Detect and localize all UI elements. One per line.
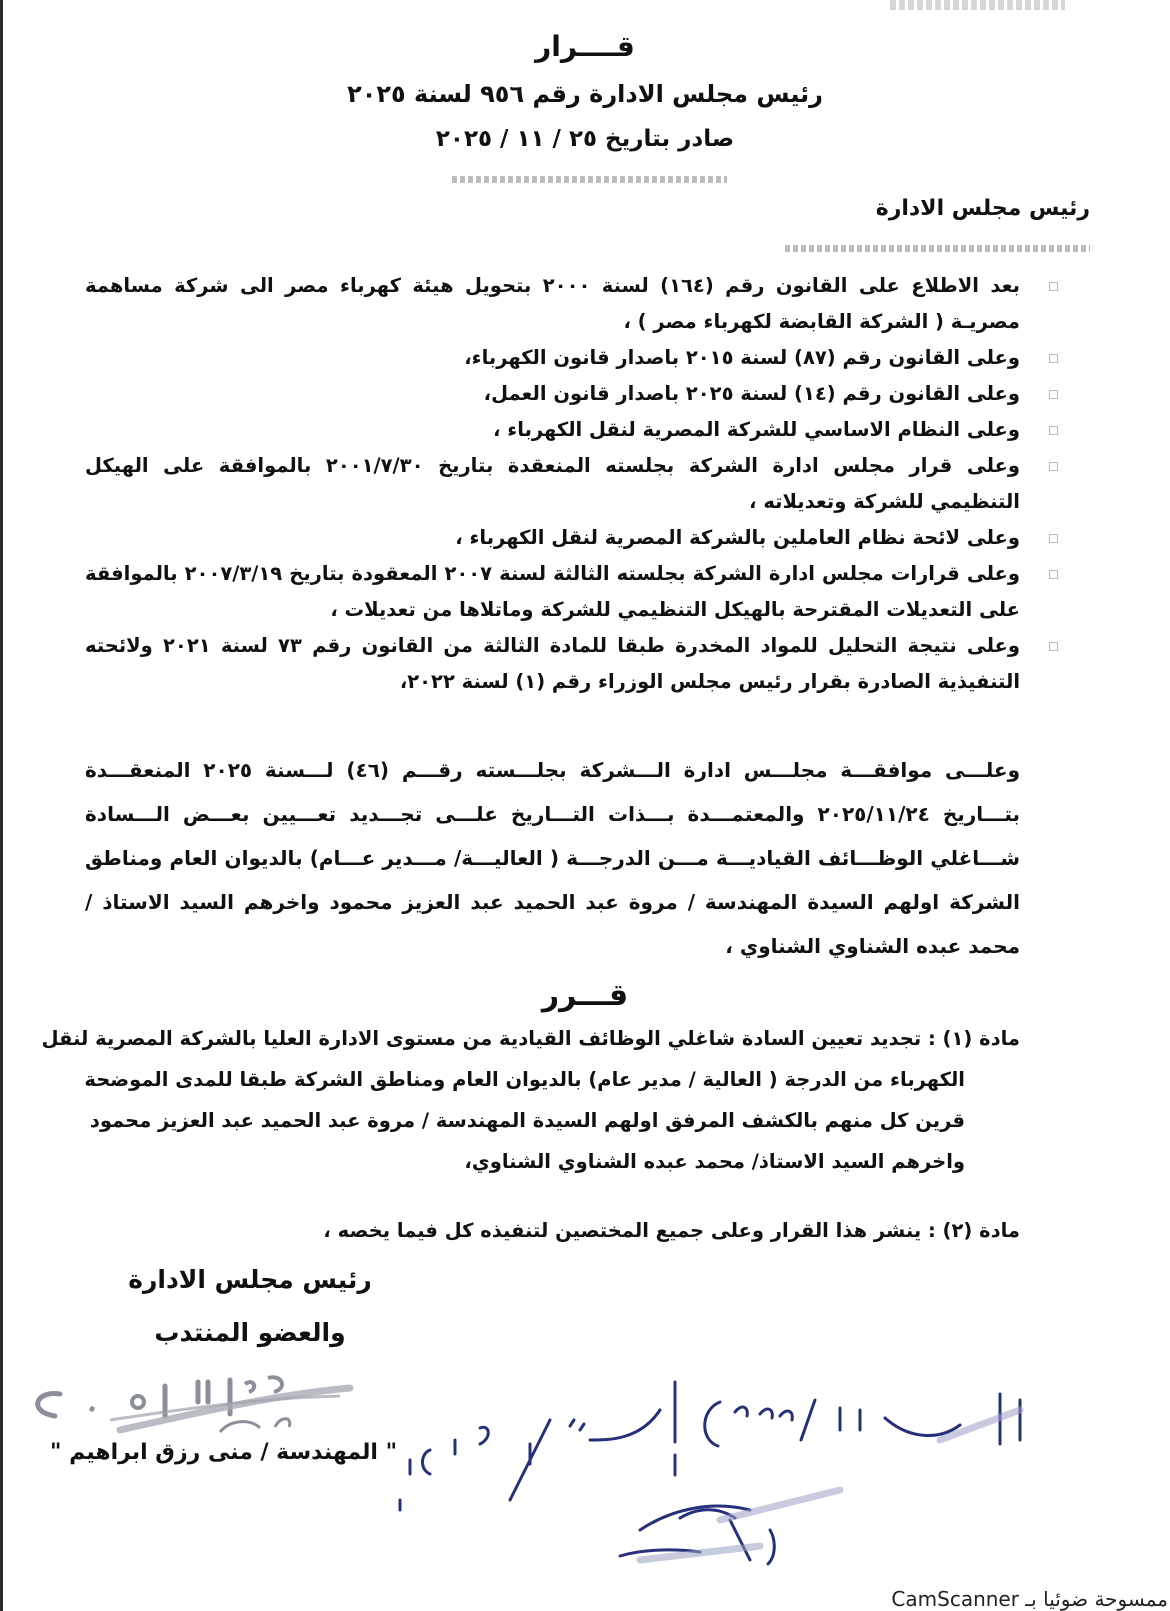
clause-text: وعلى قرارات مجلس ادارة الشركة بجلسته الث… [85,562,1020,621]
top-dotted-rule [890,0,1065,10]
decree-title: قــــرار [0,30,1170,63]
bullet-icon [1049,642,1058,651]
clause-text: وعلى نتيجة التحليل للمواد المخدرة طبقا ل… [85,634,1020,693]
camscanner-footer: ممسوحة ضوئيا بـ CamScanner [891,1587,1168,1611]
bullet-icon [1049,426,1058,435]
decree-date: صادر بتاريخ ٢٥ / ١١ / ٢٠٢٥ [0,126,1170,152]
preamble-clause: وعلى القانون رقم (١٤) لسنة ٢٠٢٥ باصدار ق… [85,376,1020,412]
article-label: مادة (١) : [928,1027,1020,1050]
bullet-icon [1049,462,1058,471]
heading-divider [785,245,1090,252]
article-1-line: قرين كل منهم بالكشف المرفق اولهم السيدة … [30,1100,1020,1141]
preamble-clause: وعلى نتيجة التحليل للمواد المخدرة طبقا ل… [85,628,1020,700]
clause-text: وعلى النظام الاساسي للشركة المصرية لنقل … [493,418,1020,441]
board-heading: رئيس مجلس الادارة [876,196,1090,221]
article-1-line: الكهرباء من الدرجة ( العالية / مدير عام)… [30,1059,1020,1100]
preamble-list: بعد الاطلاع على القانون رقم (١٦٤) لسنة ٢… [85,268,1020,700]
preamble-clause: وعلى لائحة نظام العاملين بالشركة المصرية… [85,520,1020,556]
clause-text: بعد الاطلاع على القانون رقم (١٦٤) لسنة ٢… [85,274,1020,333]
page-edge [0,0,3,1611]
clause-text: وعلى القانون رقم (٨٧) لسنة ٢٠١٥ باصدار ق… [464,346,1020,369]
article-1-line: واخرهم السيد الاستاذ/ محمد عبده الشناوي … [30,1141,1020,1182]
bullet-icon [1049,282,1058,291]
signatory-title: رئيس مجلس الادارة [110,1265,390,1294]
article-label: مادة (٢) : [928,1219,1020,1242]
article-2: مادة (٢) : ينشر هذا القرار وعلى جميع الم… [30,1210,1020,1251]
preamble-clause: وعلى قرار مجلس ادارة الشركة بجلسته المنع… [85,448,1020,520]
handwritten-note [340,1370,1030,1570]
bullet-icon [1049,390,1058,399]
article-text: ينشر هذا القرار وعلى جميع المختصين لتنفي… [323,1219,921,1242]
decree-number: رئيس مجلس الادارة رقم ٩٥٦ لسنة ٢٠٢٥ [0,80,1170,108]
clause-text: وعلى لائحة نظام العاملين بالشركة المصرية… [455,526,1020,549]
clause-text: وعلى قرار مجلس ادارة الشركة بجلسته المنع… [85,454,1020,513]
article-1: مادة (١) : تجديد تعيين السادة شاغلي الوظ… [30,1018,1020,1182]
board-approval-paragraph: وعلـــى موافقـــة مجلـــس ادارة الـــشرك… [85,748,1020,968]
article-text: تجديد تعيين السادة شاغلي الوظائف القيادي… [42,1027,922,1050]
clause-text: وعلى القانون رقم (١٤) لسنة ٢٠٢٥ باصدار ق… [484,382,1020,405]
bullet-icon [1049,534,1058,543]
preamble-clause: بعد الاطلاع على القانون رقم (١٦٤) لسنة ٢… [85,268,1020,340]
decided-heading: قـــرر [0,978,1170,1013]
signatory-title-2: والعضو المنتدب [110,1318,390,1347]
article-1-first-line: مادة (١) : تجديد تعيين السادة شاغلي الوظ… [30,1018,1020,1059]
preamble-clause: وعلى النظام الاساسي للشركة المصرية لنقل … [85,412,1020,448]
preamble-clause: وعلى القانون رقم (٨٧) لسنة ٢٠١٥ باصدار ق… [85,340,1020,376]
header-divider [452,176,727,183]
bullet-icon [1049,354,1058,363]
bullet-icon [1049,570,1058,579]
preamble-clause: وعلى قرارات مجلس ادارة الشركة بجلسته الث… [85,556,1020,628]
